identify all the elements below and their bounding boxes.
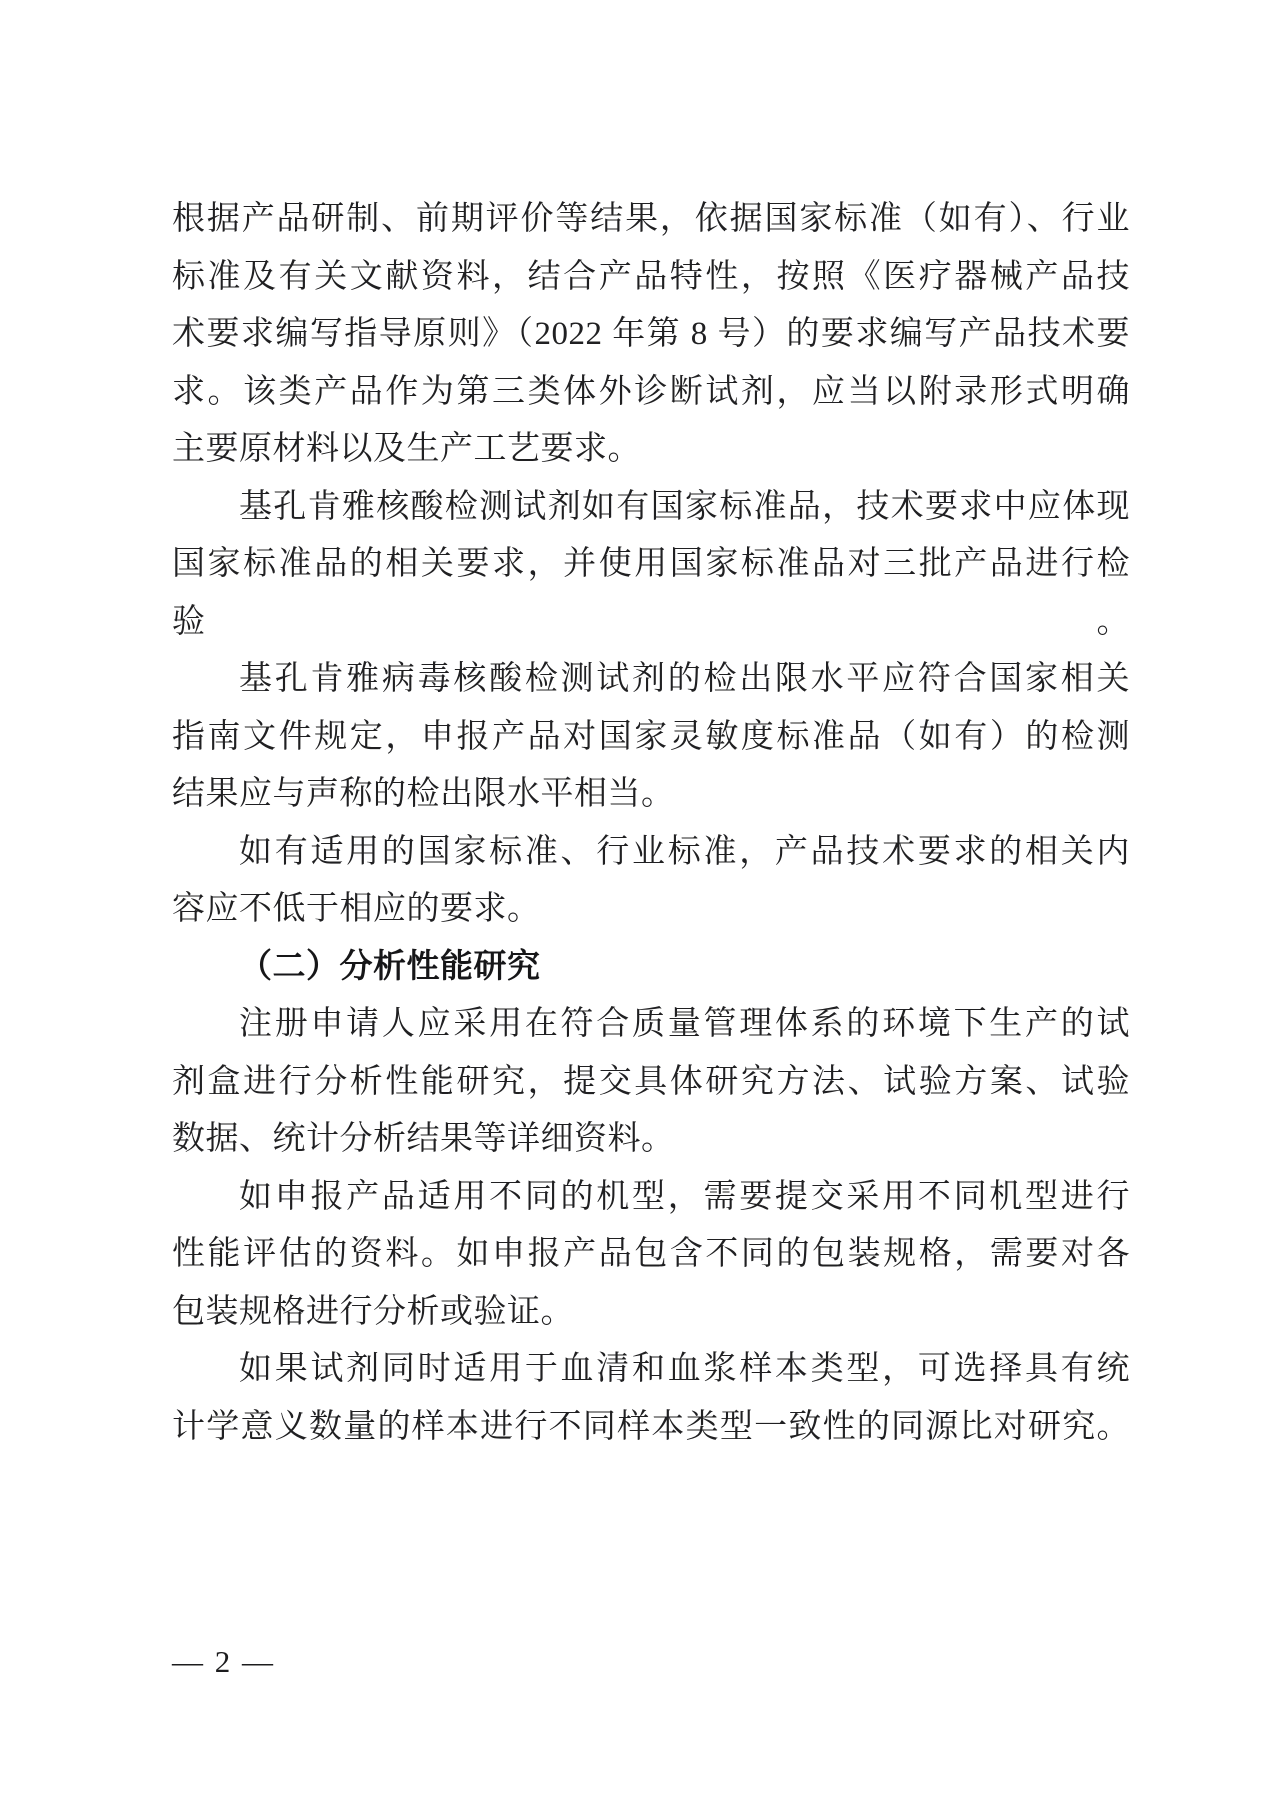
document-page: 根据产品研制、前期评价等结果，依据国家标准（如有）、行业 标准及有关文献资料，结… (0, 0, 1280, 1810)
text-line: 包装规格进行分析或验证。 (172, 1284, 1130, 1342)
text-line: 性能评估的资料。如申报产品包含不同的包装规格，需要对各 (172, 1226, 1130, 1284)
text-line: 求。该类产品作为第三类体外诊断试剂，应当以附录形式明确 (172, 364, 1130, 422)
text-line: 基孔肯雅病毒核酸检测试剂的检出限水平应符合国家相关 (172, 651, 1130, 709)
text-line: 如果试剂同时适用于血清和血浆样本类型，可选择具有统 (172, 1341, 1130, 1399)
text-line: 剂盒进行分析性能研究，提交具体研究方法、试验方案、试验 (172, 1054, 1130, 1112)
text-line: 数据、统计分析结果等详细资料。 (172, 1111, 1130, 1169)
text-line: 国家标准品的相关要求，并使用国家标准品对三批产品进行检验。 (172, 536, 1130, 651)
page-number: — 2 — (172, 1644, 275, 1679)
text-line: 指南文件规定，申报产品对国家灵敏度标准品（如有）的检测 (172, 709, 1130, 767)
text-line: 基孔肯雅核酸检测试剂如有国家标准品，技术要求中应体现 (172, 479, 1130, 537)
text-line: 结果应与声称的检出限水平相当。 (172, 766, 1130, 824)
text-line: 根据产品研制、前期评价等结果，依据国家标准（如有）、行业 (172, 191, 1130, 249)
text-line: 容应不低于相应的要求。 (172, 881, 1130, 939)
text-line: 主要原材料以及生产工艺要求。 (172, 421, 1130, 479)
text-line: 术要求编写指导原则》（2022 年第 8 号）的要求编写产品技术要 (172, 306, 1130, 364)
text-line: 如有适用的国家标准、行业标准，产品技术要求的相关内 (172, 824, 1130, 882)
page-footer: — 2 — (172, 1642, 1130, 1682)
text-line: 标准及有关文献资料，结合产品特性，按照《医疗器械产品技 (172, 249, 1130, 307)
text-line: 如申报产品适用不同的机型，需要提交采用不同机型进行 (172, 1169, 1130, 1227)
document-body: 根据产品研制、前期评价等结果，依据国家标准（如有）、行业 标准及有关文献资料，结… (172, 191, 1130, 1456)
text-line: 计学意义数量的样本进行不同样本类型一致性的同源比对研究。 (172, 1399, 1130, 1457)
section-heading: （二）分析性能研究 (172, 939, 1130, 997)
text-line: 注册申请人应采用在符合质量管理体系的环境下生产的试 (172, 996, 1130, 1054)
